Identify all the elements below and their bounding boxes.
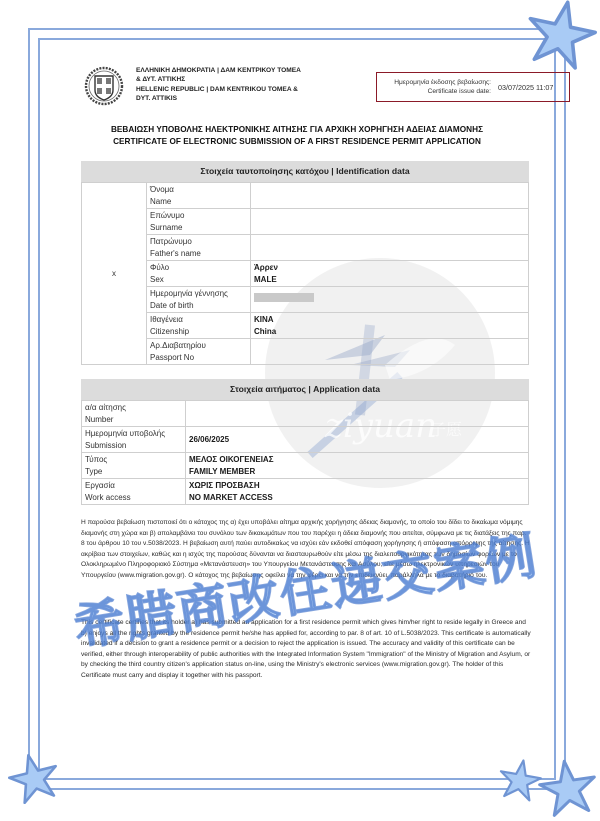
identification-row: Ημερομηνία γέννησηςDate of birth [82,287,529,313]
greek-coat-of-arms-icon [84,66,124,106]
photo-placeholder: x [82,183,147,365]
field-label-greek: Φύλο [150,262,247,274]
field-value [251,235,529,261]
application-table: α/α αίτησηςNumberΗμερομηνία υποβολήςSubm… [81,400,529,505]
field-label: ΙθαγένειαCitizenship [147,313,251,339]
statement-greek: Η παρούσα βεβαίωση πιστοποιεί ότι ο κάτο… [81,518,531,582]
field-label: ΠατρώνυμοFather's name [147,235,251,261]
field-label-greek: Ιθαγένεια [150,314,247,326]
field-label-greek: Τύπος [85,454,182,466]
field-value [251,339,529,365]
star-decoration-icon [498,758,542,802]
redacted-value [254,293,314,302]
field-label-english: Name [150,196,247,208]
identification-section: Στοιχεία ταυτοποίησης κατόχου | Identifi… [81,161,529,365]
title-greek: ΒΕΒΑΙΩΣΗ ΥΠΟΒΟΛΗΣ ΗΛΕΚΤΡΟΝΙΚΗΣ ΑΙΤΗΣΗΣ Γ… [40,124,554,136]
field-label: Ημερομηνία γέννησηςDate of birth [147,287,251,313]
field-label: Ημερομηνία υποβολήςSubmission [82,427,186,453]
field-value: KINAChina [251,313,529,339]
field-label-english: Number [85,414,182,426]
field-label-english: Submission [85,440,182,452]
application-row: Ημερομηνία υποβολήςSubmission26/06/2025 [82,427,529,453]
identification-row: ΠατρώνυμοFather's name [82,235,529,261]
field-value [251,183,529,209]
field-value [251,287,529,313]
field-label: Αρ.ΔιαβατηρίουPassport No [147,339,251,365]
identification-table: xΌνομαNameΕπώνυμοSurnameΠατρώνυμοFather'… [81,182,529,365]
field-label: ΤύποςType [82,453,186,479]
star-decoration-icon [8,752,60,804]
field-label-greek: Πατρώνυμο [150,236,247,248]
field-value [186,401,529,427]
star-decoration-icon [525,0,597,70]
field-value: ΜΕΛΟΣ ΟΙΚΟΓΕΝΕΙΑΣFAMILY MEMBER [186,453,529,479]
application-section: Στοιχεία αιτήματος | Application data α/… [81,379,529,505]
field-label: ΕπώνυμοSurname [147,209,251,235]
issue-date-box: Ημερομηνία έκδοσης βεβαίωσης: Certificat… [376,72,570,102]
certificate-header: ΕΛΛΗΝΙΚΗ ΔΗΜΟΚΡΑΤΙΑ | ΔΑΜ ΚΕΝΤΡΙΚΟΥ ΤΟΜΕ… [80,62,540,112]
field-label: ΕργασίαWork access [82,479,186,505]
field-value: ΧΩΡΙΣ ΠΡΟΣΒΑΣΗNO MARKET ACCESS [186,479,529,505]
identification-row: ΕπώνυμοSurname [82,209,529,235]
application-row: α/α αίτησηςNumber [82,401,529,427]
field-label-english: Citizenship [150,326,247,338]
identification-row: ΙθαγένειαCitizenshipKINAChina [82,313,529,339]
field-label-english: Father's name [150,248,247,260]
field-label-english: Type [85,466,182,478]
issue-date-labels: Ημερομηνία έκδοσης βεβαίωσης: Certificat… [394,79,491,96]
field-label-english: Surname [150,222,247,234]
field-value: ΆρρενMALE [251,261,529,287]
star-decoration-icon [538,758,598,818]
field-label-greek: Ημερομηνία υποβολής [85,428,182,440]
application-row: ΕργασίαWork accessΧΩΡΙΣ ΠΡΟΣΒΑΣΗNO MARKE… [82,479,529,505]
certificate-title: ΒΕΒΑΙΩΣΗ ΥΠΟΒΟΛΗΣ ΗΛΕΚΤΡΟΝΙΚΗΣ ΑΙΤΗΣΗΣ Γ… [40,124,554,147]
field-label: ΦύλοSex [147,261,251,287]
application-heading: Στοιχεία αιτήματος | Application data [81,379,529,400]
identification-row: xΌνομαName [82,183,529,209]
field-label-english: Passport No [150,352,247,364]
application-row: ΤύποςTypeΜΕΛΟΣ ΟΙΚΟΓΕΝΕΙΑΣFAMILY MEMBER [82,453,529,479]
identification-row: Αρ.ΔιαβατηρίουPassport No [82,339,529,365]
field-label-english: Sex [150,274,247,286]
field-label-english: Date of birth [150,300,247,312]
field-label-greek: Ημερομηνία γέννησης [150,288,247,300]
title-english: CERTIFICATE OF ELECTRONIC SUBMISSION OF … [40,136,554,148]
field-label: α/α αίτησηςNumber [82,401,186,427]
field-label-greek: Εργασία [85,480,182,492]
field-label: ΌνομαName [147,183,251,209]
field-label-greek: Επώνυμο [150,210,247,222]
field-label-greek: Αρ.Διαβατηρίου [150,340,247,352]
field-label-greek: α/α αίτησης [85,402,182,414]
issuing-authority: ΕΛΛΗΝΙΚΗ ΔΗΜΟΚΡΑΤΙΑ | ΔΑΜ ΚΕΝΤΡΙΚΟΥ ΤΟΜΕ… [136,66,336,104]
identification-heading: Στοιχεία ταυτοποίησης κατόχου | Identifi… [81,161,529,182]
statement-english: This certificate certifies that its hold… [81,618,531,682]
issue-date-value: 03/07/2025 11:07 [498,83,553,92]
identification-row: ΦύλοSexΆρρενMALE [82,261,529,287]
field-value [251,209,529,235]
field-label-greek: Όνομα [150,184,247,196]
field-label-english: Work access [85,492,182,504]
certificate-page: ΕΛΛΗΝΙΚΗ ΔΗΜΟΚΡΑΤΙΑ | ΔΑΜ ΚΕΝΤΡΙΚΟΥ ΤΟΜΕ… [40,40,554,778]
field-value: 26/06/2025 [186,427,529,453]
